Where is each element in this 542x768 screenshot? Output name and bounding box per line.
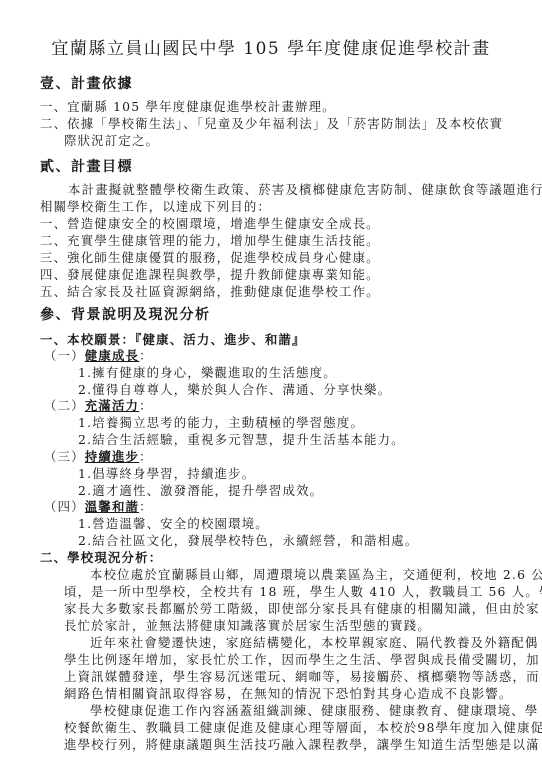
goal-item-2: 二、充實學生健康管理的能力，增加學生健康生活技能。 [40, 233, 380, 249]
goal-item-1: 一、營造健康安全的校園環境，增進學生健康安全成長。 [40, 216, 380, 232]
vision-item-prefix: （一） [44, 348, 85, 363]
vision-item-2-point-2: 2.結合生活經驗，重視多元智慧，提升生活基本能力。 [78, 432, 405, 448]
analysis-line-10: 校餐飲衛生、教職員工健康促進及健康心理等層面，本校於98學年度加入健康促 [64, 720, 542, 736]
vision-item-3-heading: （三）持續進步： [44, 449, 153, 465]
goals-intro-line-1: 本計畫擬就整體學校衛生政策、菸害及檳榔健康危害防制、健康飲食等議題進行 [68, 182, 542, 198]
analysis-line-3: 家長大多數家長都屬於勞工階級，即使部分家長具有健康的相關知識，但由於家 [64, 601, 540, 617]
vision-item-1-heading: （一）健康成長： [44, 348, 153, 364]
vision-item-4-point-2: 2.結合社區文化，發展學校特色，永續經營，和諧相處。 [78, 533, 418, 549]
vision-item-colon: ： [139, 449, 153, 464]
vision-item-colon: ： [139, 499, 153, 514]
vision-item-4-heading: （四）溫馨和諧： [44, 499, 153, 515]
vision-item-2-point-1: 1.培養獨立思考的能力，主動積極的學習態度。 [78, 415, 364, 431]
vision-heading: 一、本校願景：『健康、活力、進步、和諧』 [40, 332, 306, 348]
vision-item-1-point-2: 2.懂得自尊尊人，樂於與人合作、溝通、分享快樂。 [78, 382, 391, 398]
vision-item-3-point-2: 2.適才適性、激發潛能，提升學習成效。 [78, 483, 323, 499]
basis-line-2: 二、依據「學校衛生法」、「兒童及少年福利法」及「菸害防制法」及本校依實 [40, 116, 503, 132]
goal-item-3: 三、強化師生健康優質的服務，促進學校成員身心健康。 [40, 250, 380, 266]
goal-item-5: 五、結合家長及社區資源網絡，推動健康促進學校工作。 [40, 284, 380, 300]
vision-item-1-point-1: 1.擁有健康的身心，樂觀進取的生活態度。 [78, 365, 337, 381]
vision-item-title: 健康成長 [85, 348, 139, 363]
document-title: 宜蘭縣立員山國民中學 105 學年度健康促進學校計畫 [0, 38, 542, 60]
vision-item-title: 溫馨和諧 [85, 499, 139, 514]
goal-item-4: 四、發展健康促進課程與教學，提升教師健康專業知能。 [40, 267, 380, 283]
basis-line-1: 一、宜蘭縣 105 學年度健康促進學校計畫辦理。 [40, 99, 336, 115]
vision-item-title: 持續進步 [85, 449, 139, 464]
analysis-line-1: 本校位處於宜蘭縣員山鄉，周遭環境以農業區為主，交通便利，校地 2.6 公 [90, 567, 542, 583]
section-heading-background: 參、背景說明及現況分析 [40, 306, 211, 324]
vision-item-prefix: （四） [44, 499, 85, 514]
vision-item-2-heading: （二）充滿活力： [44, 398, 153, 414]
vision-item-prefix: （三） [44, 449, 85, 464]
analysis-heading: 二、學校現況分析： [40, 550, 162, 566]
section-heading-goals: 貳、計畫目標 [40, 158, 133, 176]
document-page: 宜蘭縣立員山國民中學 105 學年度健康促進學校計畫 壹、計畫依據 一、宜蘭縣 … [0, 0, 542, 768]
analysis-line-4: 長忙於家計，並無法將健康知識落實於居家生活型態的實踐。 [64, 618, 431, 634]
vision-item-colon: ： [139, 398, 153, 413]
analysis-line-8: 網路色情相關資訊取得容易，在無知的情況下恐怕對其身心造成不良影響。 [64, 686, 513, 702]
goals-intro-line-2: 相關學校衛生工作，以達成下列目的： [40, 199, 271, 215]
analysis-line-5: 近年來社會變遷快速，家庭結構變化，本校單親家庭、隔代教養及外籍配偶 [90, 635, 539, 651]
vision-item-4-point-1: 1.營造溫馨、安全的校園環境。 [78, 516, 269, 532]
vision-item-title: 充滿活力 [85, 398, 139, 413]
vision-item-3-point-1: 1.倡導終身學習，持續進步。 [78, 466, 255, 482]
analysis-line-2: 頃，是一所中型學校，全校共有 18 班，學生人數 410 人，教職員工 56 人… [64, 584, 542, 600]
basis-line-3: 際狀況訂定之。 [64, 133, 159, 149]
analysis-line-9: 學校健康促進工作內容涵蓋組織訓練、健康服務、健康教育、健康環境、學 [90, 703, 539, 719]
vision-item-prefix: （二） [44, 398, 85, 413]
analysis-line-7: 上資訊媒體發達，學生容易沉迷電玩、網咖等，易接觸菸、檳榔藥物等誘惑，而 [64, 669, 540, 685]
vision-item-colon: ： [139, 348, 153, 363]
analysis-line-6: 學生比例逐年增加，家長忙於工作，因而學生之生活、學習與成長備受關切，加 [64, 652, 540, 668]
analysis-line-11: 進學校行列，將健康議題與生活技巧融入課程教學，讓學生知道生活型態是以滿 [64, 737, 540, 753]
section-heading-basis: 壹、計畫依據 [40, 75, 133, 93]
